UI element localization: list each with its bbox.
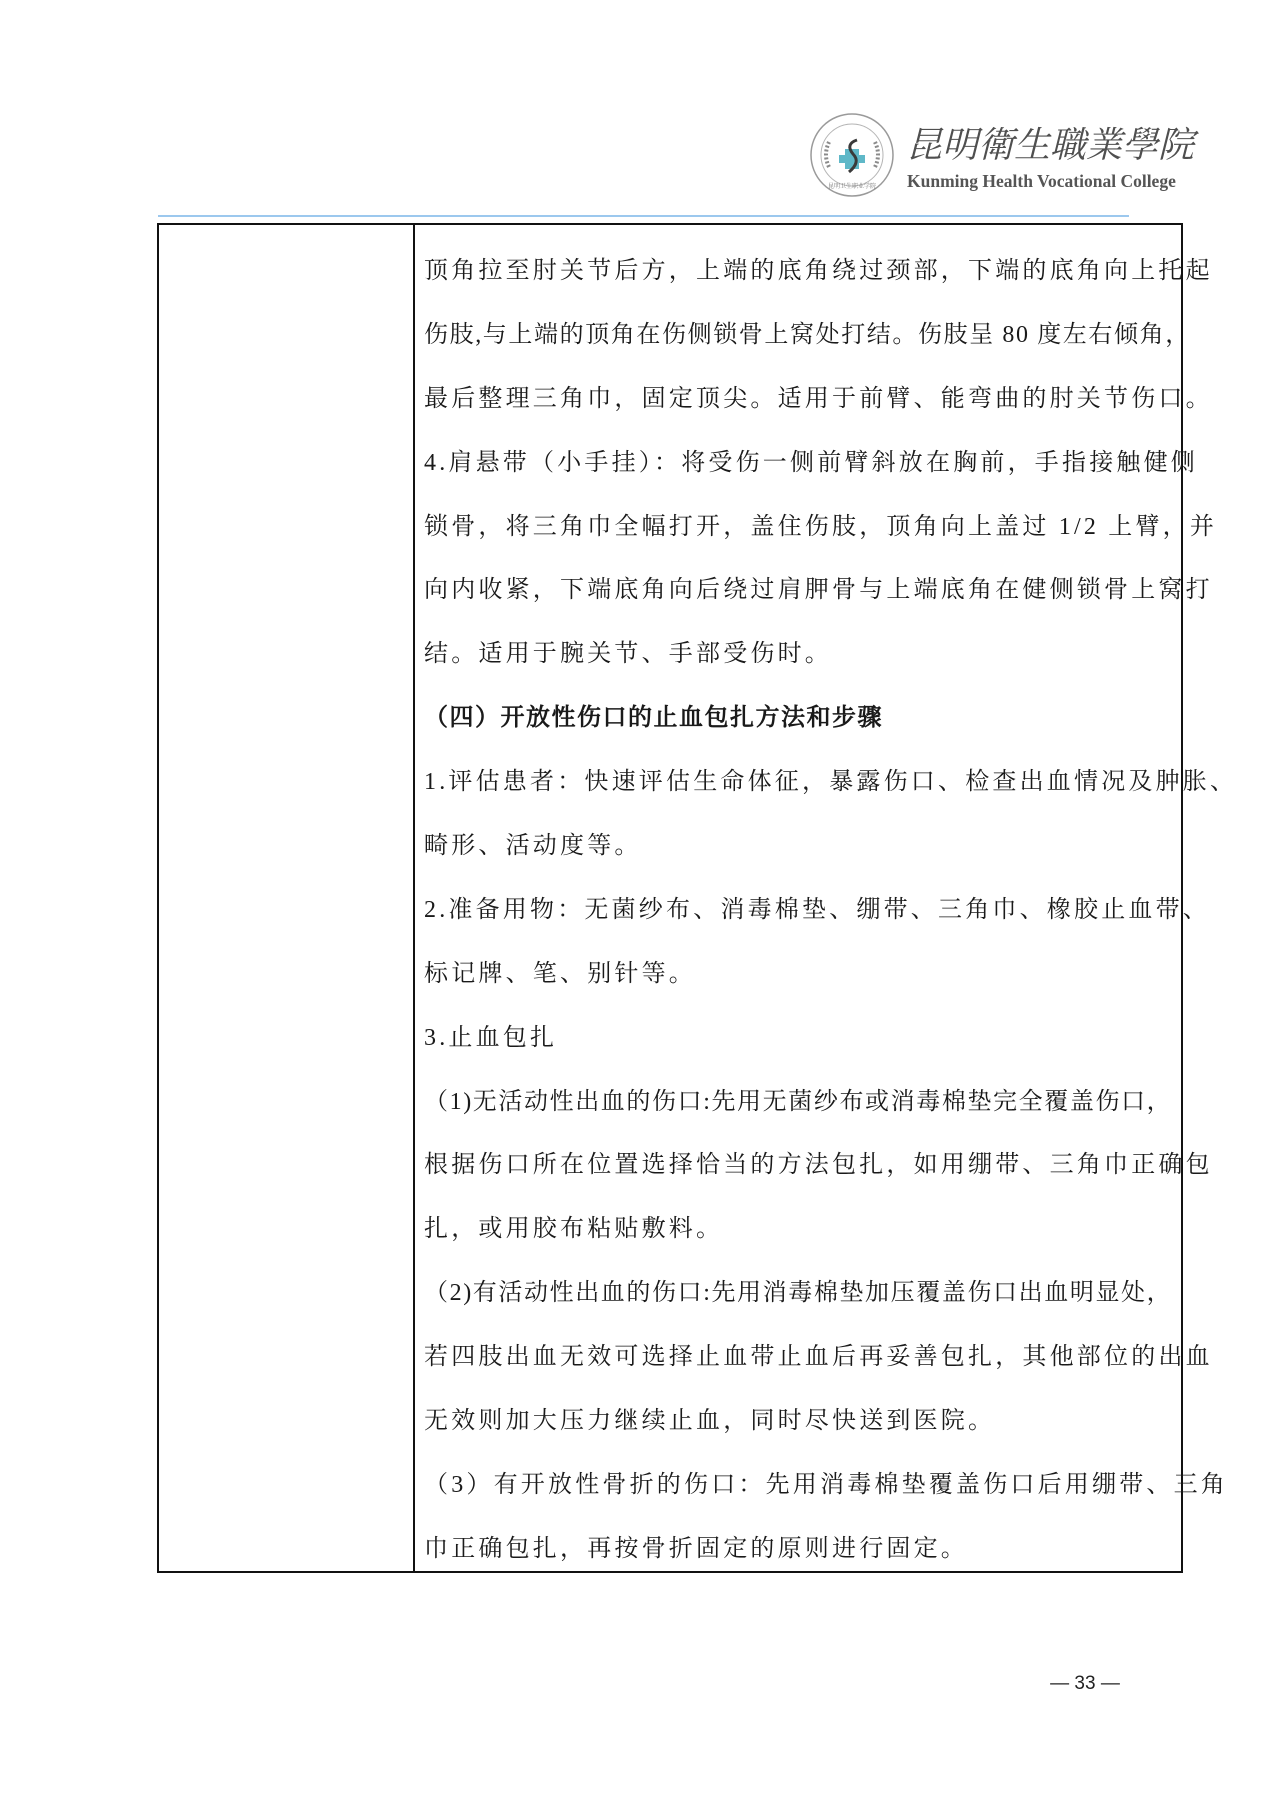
text-line: 4.肩悬带（小手挂）：将受伤一侧前臂斜放在胸前，手指接触健侧 — [424, 432, 1171, 496]
text-line: 锁骨，将三角巾全幅打开，盖住伤肢，顶角向上盖过 1/2 上臂，并 — [424, 496, 1171, 560]
text-line: 3.止血包扎 — [424, 1007, 1171, 1071]
text-line: 畸形、活动度等。 — [424, 815, 1171, 879]
college-emblem-icon: 昆明卫生职业学院 — [809, 112, 895, 198]
text-line: 最后整理三角巾，固定顶尖。适用于前臂、能弯曲的肘关节伤口。 — [424, 368, 1171, 432]
text-line: 扎，或用胶布粘贴敷料。 — [424, 1198, 1171, 1262]
text-line: （3）有开放性骨折的伤口：先用消毒棉垫覆盖伤口后用绷带、三角 — [424, 1454, 1171, 1518]
text-line: 向内收紧，下端底角向后绕过肩胛骨与上端底角在健侧锁骨上窝打 — [424, 559, 1171, 623]
section-heading: （四）开放性伤口的止血包扎方法和步骤 — [424, 687, 1171, 751]
text-line: 无效则加大压力继续止血，同时尽快送到医院。 — [424, 1390, 1171, 1454]
text-line: 结。适用于腕关节、手部受伤时。 — [424, 623, 1171, 687]
table-right-cell: 顶角拉至肘关节后方，上端的底角绕过颈部，下端的底角向上托起 伤肢,与上端的顶角在… — [415, 225, 1181, 1571]
college-name-chinese: 昆明衛生職業學院 — [906, 122, 1186, 170]
college-name-english: Kunming Health Vocational College — [907, 170, 1176, 192]
text-line: 根据伤口所在位置选择恰当的方法包扎，如用绷带、三角巾正确包 — [424, 1134, 1171, 1198]
text-line: （2)有活动性出血的伤口:先用消毒棉垫加压覆盖伤口出血明显处， — [424, 1262, 1171, 1326]
text-line: 巾正确包扎，再按骨折固定的原则进行固定。 — [424, 1518, 1171, 1582]
text-line: 若四肢出血无效可选择止血带止血后再妥善包扎，其他部位的出血 — [424, 1326, 1171, 1390]
text-line: 顶角拉至肘关节后方，上端的底角绕过颈部，下端的底角向上托起 — [424, 240, 1171, 304]
table-left-cell — [159, 225, 415, 1571]
page-number: — 33 — — [1040, 1670, 1130, 1698]
text-line: 伤肢,与上端的顶角在伤侧锁骨上窝处打结。伤肢呈 80 度左右倾角， — [424, 304, 1171, 368]
svg-text:昆明卫生职业学院: 昆明卫生职业学院 — [828, 182, 876, 190]
text-line: （1)无活动性出血的伤口:先用无菌纱布或消毒棉垫完全覆盖伤口， — [424, 1071, 1171, 1135]
text-line: 2.准备用物：无菌纱布、消毒棉垫、绷带、三角巾、橡胶止血带、 — [424, 879, 1171, 943]
text-line: 标记牌、笔、别针等。 — [424, 943, 1171, 1007]
body-text: 顶角拉至肘关节后方，上端的底角绕过颈部，下端的底角向上托起 伤肢,与上端的顶角在… — [424, 240, 1171, 1582]
header-divider — [158, 215, 1129, 217]
text-line: 1.评估患者：快速评估生命体征，暴露伤口、检查出血情况及肿胀、 — [424, 751, 1171, 815]
content-table: 顶角拉至肘关节后方，上端的底角绕过颈部，下端的底角向上托起 伤肢,与上端的顶角在… — [157, 223, 1183, 1573]
